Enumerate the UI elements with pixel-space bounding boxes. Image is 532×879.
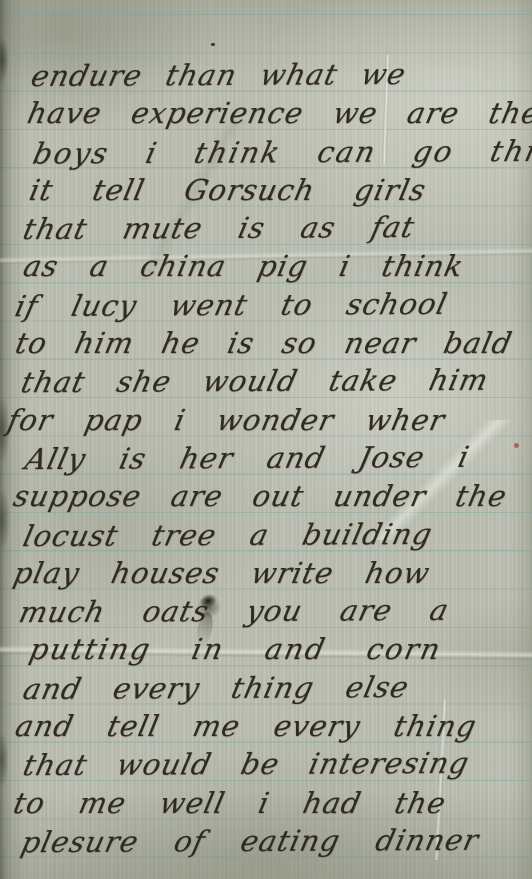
letter-line-text: to me well i had the bbox=[10, 784, 450, 822]
letter-line-text: boys i think can go through bbox=[29, 131, 532, 172]
letter-line-text: that she would take him bbox=[17, 361, 492, 402]
letter-line-text: Ally is her and Jose i bbox=[21, 438, 473, 479]
letter-line: to me well i had the bbox=[0, 784, 532, 822]
letter-line-text: as a china pig i think bbox=[20, 247, 467, 285]
letter-line: much oats you are a bbox=[0, 592, 532, 630]
letter-line: that mute is as fat bbox=[0, 209, 532, 247]
letter-line: as a china pig i think bbox=[0, 247, 532, 285]
paper-fleck bbox=[211, 43, 215, 46]
letter-line: and every thing else bbox=[0, 669, 532, 707]
letter-line: for pap i wonder wher bbox=[0, 401, 532, 439]
letter-line-text: that mute is as fat bbox=[19, 208, 418, 248]
letter-line-text: for pap i wonder wher bbox=[4, 401, 449, 439]
paper-fleck bbox=[514, 443, 519, 448]
letter-line: that she would take him bbox=[0, 362, 532, 400]
letter-line: to him he is so near bald bbox=[0, 324, 532, 362]
letter-line: and tell me every thing bbox=[0, 707, 532, 745]
letter-line: locust tree a building bbox=[0, 516, 532, 554]
letter-line-text: to him he is so near bald bbox=[12, 324, 516, 362]
letter-line-text: much oats you are a bbox=[15, 591, 453, 632]
letter-line: Ally is her and Jose i bbox=[0, 439, 532, 477]
letter-line: plesure of eating dinner bbox=[0, 822, 532, 860]
letter-line: endure than what we bbox=[0, 56, 532, 94]
letter-line-text: play houses write how bbox=[10, 554, 434, 592]
letter-line: putting in and corn bbox=[0, 630, 532, 668]
letter-line-text: putting in and corn bbox=[26, 630, 446, 668]
letter-line-text: have experience we are the bbox=[24, 94, 532, 132]
letter-line: have experience we are the bbox=[0, 94, 532, 132]
letter-line: that would be interesing bbox=[0, 745, 532, 783]
letter-line: if lucy went to school bbox=[0, 286, 532, 324]
letter-line-text: plesure of eating dinner bbox=[17, 821, 482, 862]
letter-line-text: suppose are out under the bbox=[10, 477, 511, 515]
letter-line-text: endure than what we bbox=[27, 55, 410, 95]
letter-page: endure than what we have experience we a… bbox=[0, 0, 532, 879]
letter-line: boys i think can go through bbox=[0, 133, 532, 171]
letter-line-text: locust tree a building bbox=[19, 514, 436, 554]
letter-line-text: it tell Gorsuch girls bbox=[26, 171, 430, 209]
letter-line: it tell Gorsuch girls bbox=[0, 171, 532, 209]
letter-line-text: and tell me every thing bbox=[12, 707, 480, 745]
letter-line: play houses write how bbox=[0, 554, 532, 592]
letter-line: suppose are out under the bbox=[0, 477, 532, 515]
letter-body: endure than what we have experience we a… bbox=[0, 56, 532, 860]
letter-line-text: that would be interesing bbox=[19, 744, 473, 785]
letter-line-text: if lucy went to school bbox=[11, 285, 451, 326]
letter-line-text: and every thing else bbox=[19, 668, 413, 708]
